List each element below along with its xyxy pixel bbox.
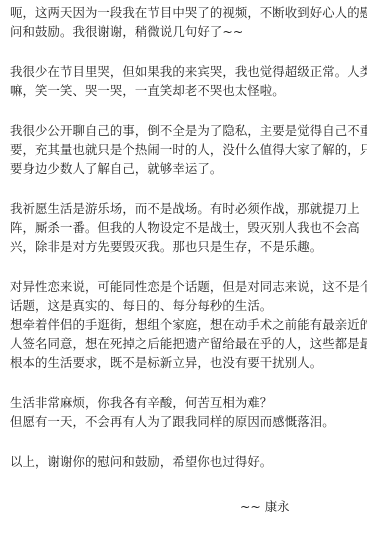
- text-line: 问和鼓励。我很谢谢，稍微说几句好了~~: [10, 22, 360, 41]
- text-line: 我很少在节目里哭，但如果我的来宾哭，我也觉得超级正常。人类: [10, 62, 360, 81]
- text-line: 根本的生活要求，既不是标新立异，也没有要干扰别人。: [10, 353, 360, 372]
- paragraph-6: 生活非常麻烦，你我各有辛酸，何苦互相为难？ 但愿有一天，不会再有人为了跟我同样的…: [10, 393, 360, 431]
- paragraph-1: 呃，这两天因为一段我在节目中哭了的视频，不断收到好心人的慰 问和鼓励。我很谢谢，…: [10, 3, 360, 41]
- text-line: 生活非常麻烦，你我各有辛酸，何苦互相为难？: [10, 393, 360, 412]
- paragraph-2: 我很少在节目里哭，但如果我的来宾哭，我也觉得超级正常。人类 嘛，笑一笑、哭一哭，…: [10, 62, 360, 100]
- paragraph-3: 我很少公开聊自己的事，倒不全是为了隐私，主要是觉得自己不重 要，充其量也就只是个…: [10, 121, 360, 178]
- text-line: 我很少公开聊自己的事，倒不全是为了隐私，主要是觉得自己不重: [10, 121, 360, 140]
- text-line: 要身边少数人了解自己，就够幸运了。: [10, 159, 360, 178]
- text-line: 阵，厮杀一番。但我的人物设定不是战士，毁灭别人我也不会高: [10, 218, 360, 237]
- text-line: 要，充其量也就只是个热闹一时的人，没什么值得大家了解的，只: [10, 140, 360, 159]
- paragraph-7: 以上，谢谢你的慰问和鼓励，希望你也过得好。: [10, 452, 360, 471]
- letter-body: 呃，这两天因为一段我在节目中哭了的视频，不断收到好心人的慰 问和鼓励。我很谢谢，…: [10, 3, 360, 471]
- text-line: 对异性恋来说，可能同性恋是个话题，但是对同志来说，这不是个: [10, 277, 360, 296]
- text-line: 以上，谢谢你的慰问和鼓励，希望你也过得好。: [10, 452, 360, 471]
- text-line: 话题，这是真实的、每日的、每分每秒的生活。: [10, 296, 360, 315]
- text-line: 人签名同意，想在死掉之后能把遗产留给最在乎的人，这些都是最: [10, 334, 360, 353]
- text-line: 想牵着伴侣的手逛街，想组个家庭，想在动手术之前能有最亲近的: [10, 315, 360, 334]
- paragraph-5: 对异性恋来说，可能同性恋是个话题，但是对同志来说，这不是个 话题，这是真实的、每…: [10, 277, 360, 372]
- signature: ~~ 康永: [240, 497, 289, 516]
- text-line: 但愿有一天，不会再有人为了跟我同样的原因而感慨落泪。: [10, 412, 360, 431]
- text-line: 兴，除非是对方先要毁灭我。那也只是生存，不是乐趣。: [10, 237, 360, 256]
- text-line: 呃，这两天因为一段我在节目中哭了的视频，不断收到好心人的慰: [10, 3, 360, 22]
- text-line: 我祈愿生活是游乐场，而不是战场。有时必须作战，那就提刀上: [10, 199, 360, 218]
- text-line: 嘛，笑一笑、哭一哭，一直笑却老不哭也太怪啦。: [10, 81, 360, 100]
- paragraph-4: 我祈愿生活是游乐场，而不是战场。有时必须作战，那就提刀上 阵，厮杀一番。但我的人…: [10, 199, 360, 256]
